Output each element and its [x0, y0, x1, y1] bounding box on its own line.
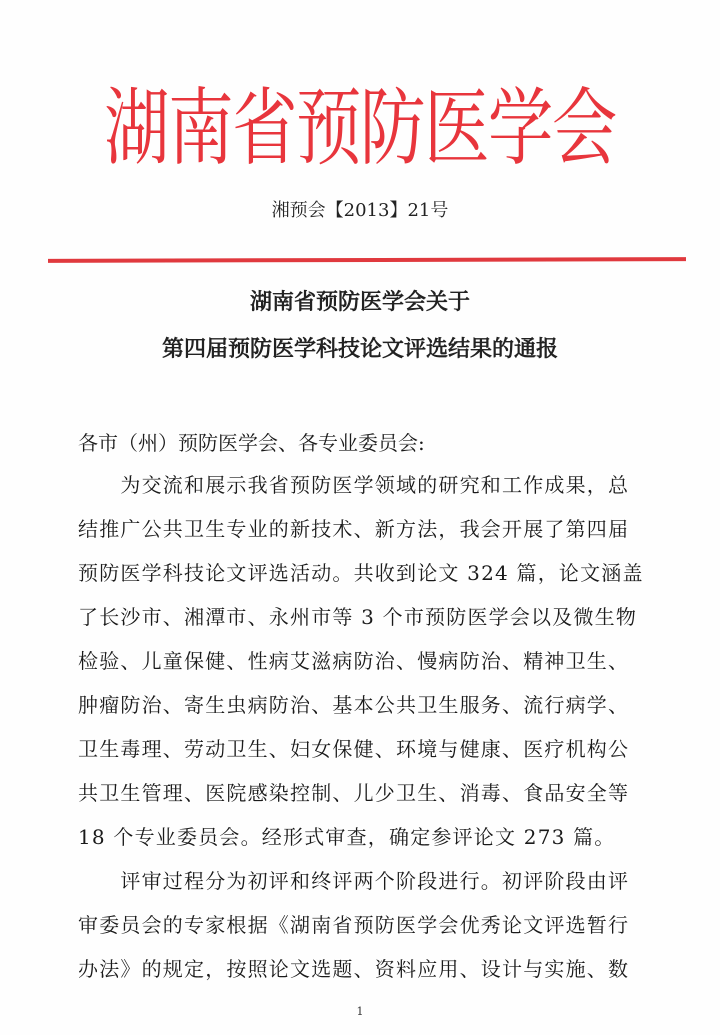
text-line: 检验、儿童保健、性病艾滋病防治、慢病防治、精神卫生、 — [78, 648, 629, 674]
document-page: 湖南省预防医学会 湘预会【2013】21号 湖南省预防医学会关于 第四届预防医学… — [0, 0, 720, 1035]
text-line: 18 个专业委员会。经形式审查，确定参评论文 273 篇。 — [78, 824, 616, 850]
text-line: 审委员会的专家根据《湖南省预防医学会优秀论文评选暂行 — [78, 912, 629, 938]
text-line: 办法》的规定，按照论文选题、资料应用、设计与实施、数 — [78, 956, 629, 982]
letterhead-divider — [48, 257, 686, 263]
text-line: 预防医学科技论文评选活动。共收到论文 324 篇，论文涵盖 — [78, 560, 644, 586]
document-title-line-1: 湖南省预防医学会关于 — [0, 285, 720, 316]
text-line: 共卫生管理、医院感染控制、儿少卫生、消毒、食品安全等 — [78, 780, 629, 806]
text-line: 卫生毒理、劳动卫生、妇女保健、环境与健康、医疗机构公 — [78, 736, 629, 762]
page-number: 1 — [0, 1005, 720, 1018]
text-line: 为交流和展示我省预防医学领域的研究和工作成果，总 — [78, 472, 629, 498]
document-number: 湘预会【2013】21号 — [0, 199, 720, 223]
text-line: 了长沙市、湘潭市、永州市等 3 个市预防医学会以及微生物 — [78, 604, 637, 630]
text-line: 评审过程分为初评和终评两个阶段进行。初评阶段由评 — [78, 868, 629, 894]
salutation: 各市（州）预防医学会、各专业委员会: — [78, 430, 425, 456]
document-title-line-2: 第四届预防医学科技论文评选结果的通报 — [0, 332, 720, 363]
text-line: 肿瘤防治、寄生虫病防治、基本公共卫生服务、流行病学、 — [78, 692, 629, 718]
organization-letterhead: 湖南省预防医学会 — [79, 78, 641, 178]
text-line: 结推广公共卫生专业的新技术、新方法，我会开展了第四届 — [78, 516, 629, 542]
